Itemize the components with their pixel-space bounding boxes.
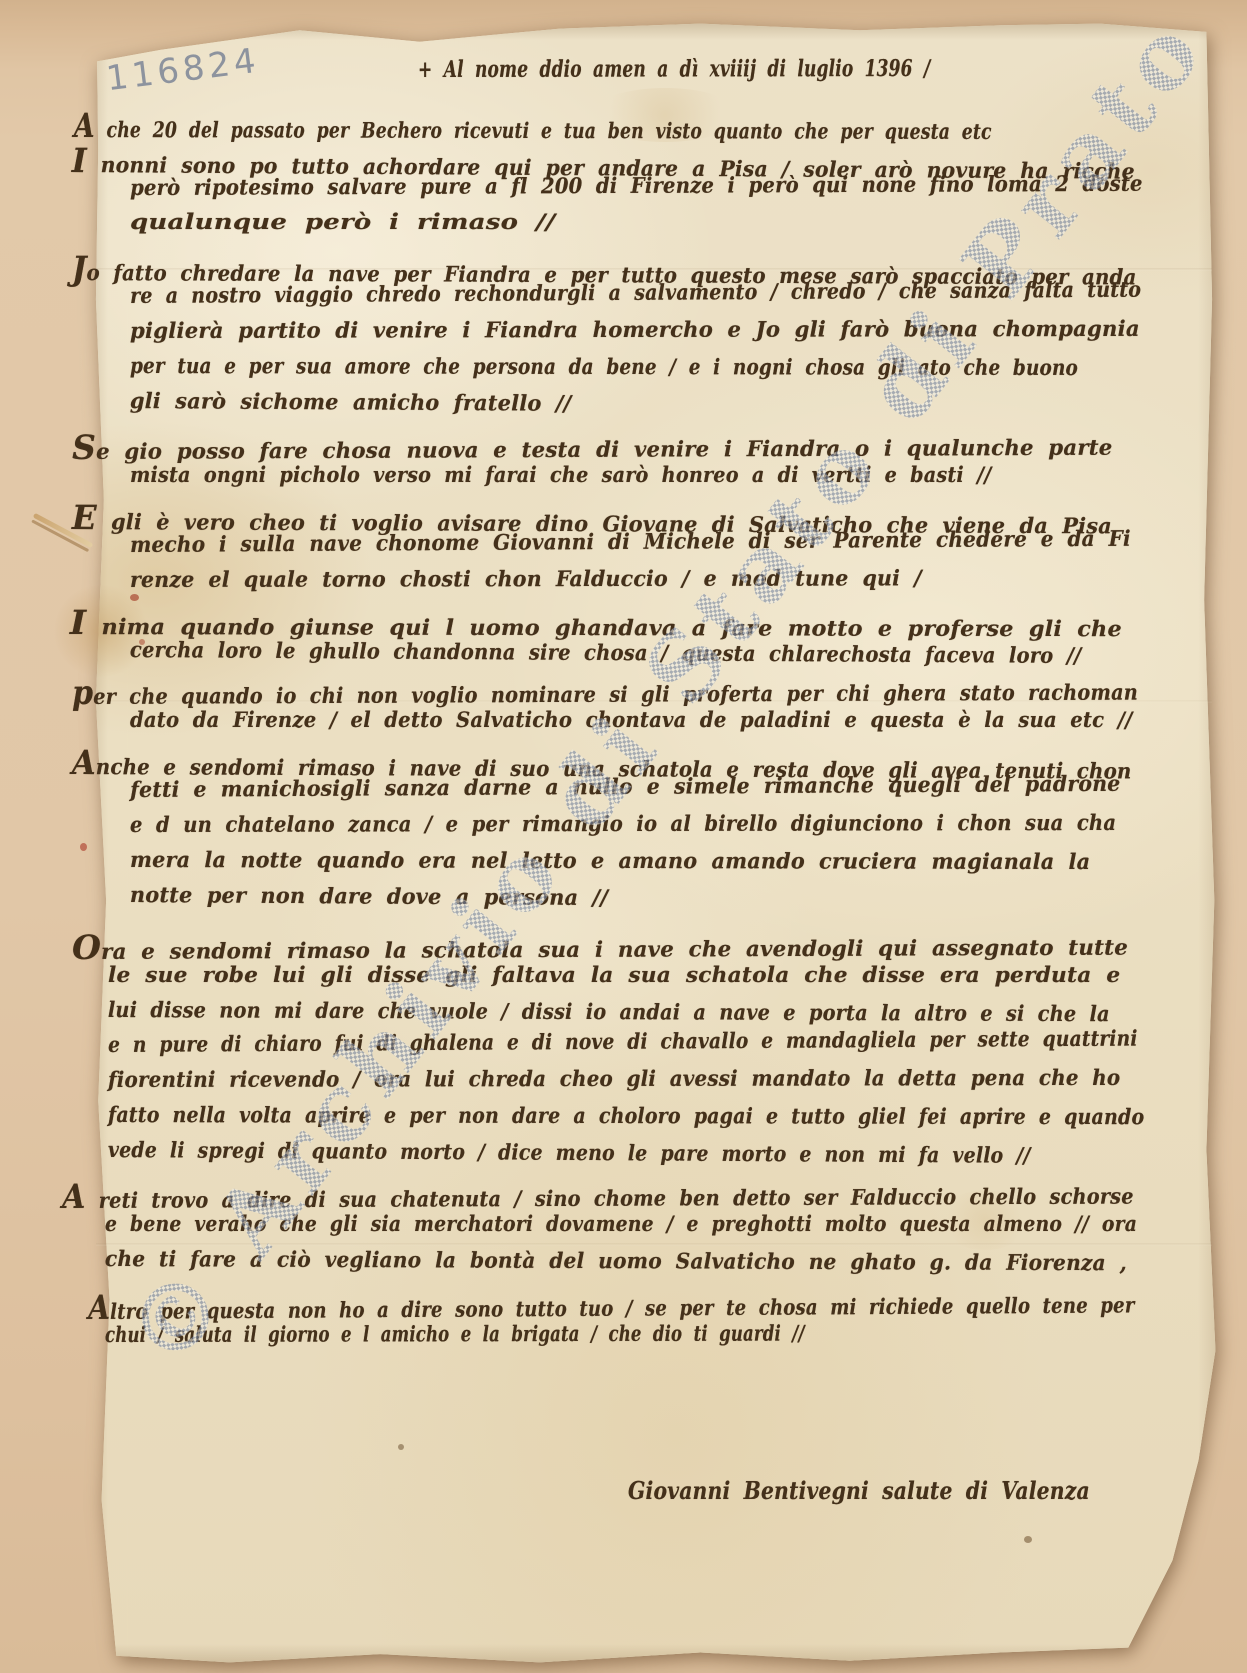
letter-header: + Al nome ddio amen a dì xviiij di lugli… [418, 55, 930, 83]
manuscript-line: renze el quale torno chosti chon Falducc… [130, 566, 922, 593]
archive-number-pencil: 116824 [104, 41, 262, 99]
manuscript-line: A che 20 del passato per Bechero ricevut… [74, 106, 992, 147]
letter-signature: Giovanni Bentivegni salute di Valenza [628, 1476, 1090, 1505]
manuscript-line: fatto nella volta aprire e per non dare … [108, 1103, 1144, 1130]
manuscript-line: qualunque però i rimaso // [130, 210, 555, 235]
manuscript-line: fetti e manichosigli sanza darne a nullo… [130, 772, 1121, 803]
manuscript-line: Se gio posso fare chosa nuova e testa di… [72, 424, 1113, 467]
manuscript-line: mera la notte quando era nel letto e ama… [130, 848, 1090, 875]
letter-body: 116824 + Al nome ddio amen a dì xviiij d… [0, 0, 1247, 1673]
manuscript-line: e n pure di chiaro fui di ghalena e di n… [108, 1027, 1138, 1058]
manuscript-line: e d un chatelano zanca / e per rimangio … [130, 811, 1116, 838]
manuscript-line: gli sarò sichome amicho fratello // [130, 389, 572, 417]
manuscript-line: A reti trovo a dire di sua chatenuta / s… [62, 1173, 1134, 1216]
manuscript-line: dato da Firenze / el detto Salvaticho ch… [130, 708, 1132, 733]
manuscript-line: cercha loro le ghullo chandonna sire cho… [130, 638, 1082, 669]
manuscript-line: Altro per questa non ho a dire sono tutt… [88, 1281, 1135, 1327]
manuscript-line: vede li spregi di quanto morto / dice me… [108, 1138, 1031, 1169]
manuscript-line: piglierà partito di venire i Fiandra hom… [130, 317, 1140, 344]
manuscript-line: per tua e per sua amore che persona da b… [130, 354, 1078, 381]
manuscript-line: chui / saluta il giorno e l amicho e la … [105, 1322, 805, 1348]
manuscript-line: lui disse non mi dare che vuole / dissi … [108, 998, 1110, 1027]
manuscript-line: le sue robe lui gli disse gli faltava la… [108, 963, 1120, 988]
manuscript-line: fiorentini ricevendo / ora lui chreda ch… [108, 1066, 1120, 1093]
manuscript-line: mecho i sulla nave chonome Giovanni di M… [130, 527, 1131, 558]
manuscript-line: Ora e sendomi rimaso la schatola sua i n… [72, 924, 1128, 967]
manuscript-line: e bene veraho che gli sia merchatori dov… [105, 1212, 1137, 1237]
manuscript-line: mista ongni picholo verso mi farai che s… [130, 463, 991, 488]
manuscript-line: per che quando io chi non voglio nominar… [72, 669, 1138, 712]
manuscript-line: che ti fare a ciò vegliano la bontà del … [105, 1247, 1127, 1276]
manuscript-line: re a nostro viaggio chredo rechondurgli … [130, 278, 1141, 309]
manuscript-line: notte per non dare dove a persona // [130, 883, 608, 911]
manuscript-line: però ripotesimo salvare pure a fl 200 di… [130, 172, 1143, 201]
